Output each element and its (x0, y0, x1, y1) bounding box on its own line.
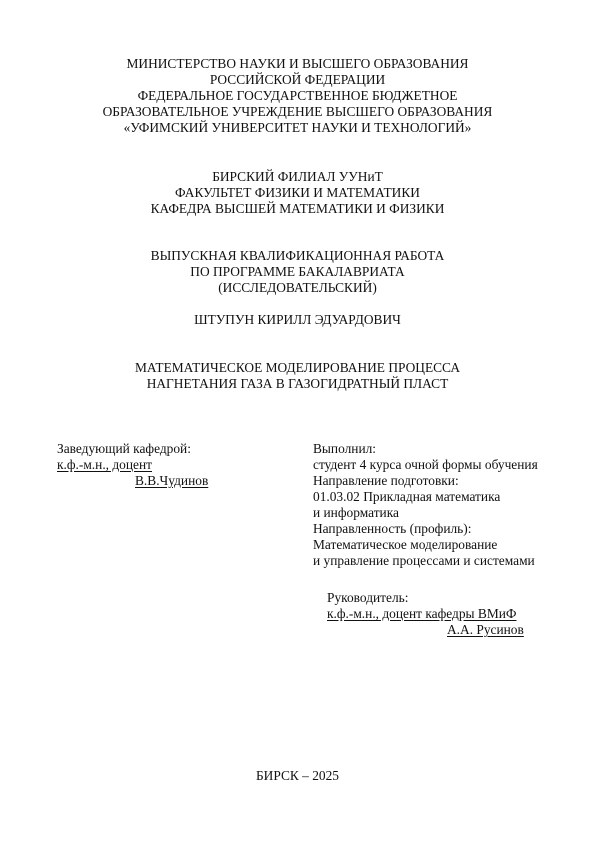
thesis-title-line: МАТЕМАТИЧЕСКОЕ МОДЕЛИРОВАНИЕ ПРОЦЕССА (0, 360, 595, 376)
head-of-department-degree: к.ф.-м.н., доцент (57, 457, 191, 473)
ministry-line: РОССИЙСКОЙ ФЕДЕРАЦИИ (0, 72, 595, 88)
profile-value-cont: и управление процессами и системами (313, 553, 538, 569)
footer-city-year: БИРСК – 2025 (0, 768, 595, 784)
supervisor-block: Руководитель: к.ф.-м.н., доцент кафедры … (327, 590, 516, 622)
author-text: ШТУПУН КИРИЛЛ ЭДУАРДОВИЧ (0, 312, 595, 328)
head-of-department-label: Заведующий кафедрой: (57, 441, 191, 457)
head-of-department-block: Заведующий кафедрой: к.ф.-м.н., доцент В… (57, 441, 191, 473)
work-type-line: ПО ПРОГРАММЕ БАКАЛАВРИАТА (0, 264, 595, 280)
footer-text: БИРСК – 2025 (0, 768, 595, 784)
thesis-title-line: НАГНЕТАНИЯ ГАЗА В ГАЗОГИДРАТНЫЙ ПЛАСТ (0, 376, 595, 392)
author-name: ШТУПУН КИРИЛЛ ЭДУАРДОВИЧ (0, 312, 595, 328)
performer-status: студент 4 курса очной формы обучения (313, 457, 538, 473)
performer-block: Выполнил: студент 4 курса очной формы об… (313, 441, 538, 569)
work-type: ВЫПУСКНАЯ КВАЛИФИКАЦИОННАЯ РАБОТА ПО ПРО… (0, 248, 595, 296)
supervisor-degree: к.ф.-м.н., доцент кафедры ВМиФ (327, 606, 516, 622)
ministry-line: ФЕДЕРАЛЬНОЕ ГОСУДАРСТВЕННОЕ БЮДЖЕТНОЕ (0, 88, 595, 104)
profile-value: Математическое моделирование (313, 537, 538, 553)
ministry-line: МИНИСТЕРСТВО НАУКИ И ВЫСШЕГО ОБРАЗОВАНИЯ (0, 56, 595, 72)
work-type-line: ВЫПУСКНАЯ КВАЛИФИКАЦИОННАЯ РАБОТА (0, 248, 595, 264)
branch-name: БИРСКИЙ ФИЛИАЛ УУНиТ (0, 169, 595, 185)
direction-label: Направление подготовки: (313, 473, 538, 489)
thesis-title: МАТЕМАТИЧЕСКОЕ МОДЕЛИРОВАНИЕ ПРОЦЕССА НА… (0, 360, 595, 392)
university-name: «УФИМСКИЙ УНИВЕРСИТЕТ НАУКИ И ТЕХНОЛОГИЙ… (0, 120, 595, 136)
direction-value-cont: и информатика (313, 505, 538, 521)
direction-value: 01.03.02 Прикладная математика (313, 489, 538, 505)
performer-label: Выполнил: (313, 441, 538, 457)
profile-label: Направленность (профиль): (313, 521, 538, 537)
ministry-header: МИНИСТЕРСТВО НАУКИ И ВЫСШЕГО ОБРАЗОВАНИЯ… (0, 56, 595, 136)
head-of-department-name: В.В.Чудинов (135, 473, 208, 489)
work-type-line: (ИССЛЕДОВАТЕЛЬСКИЙ) (0, 280, 595, 296)
supervisor-name: А.А. Русинов (447, 622, 524, 638)
supervisor-label: Руководитель: (327, 590, 516, 606)
branch-header: БИРСКИЙ ФИЛИАЛ УУНиТ ФАКУЛЬТЕТ ФИЗИКИ И … (0, 169, 595, 217)
faculty-name: ФАКУЛЬТЕТ ФИЗИКИ И МАТЕМАТИКИ (0, 185, 595, 201)
department-name: КАФЕДРА ВЫСШЕЙ МАТЕМАТИКИ И ФИЗИКИ (0, 201, 595, 217)
ministry-line: ОБРАЗОВАТЕЛЬНОЕ УЧРЕЖДЕНИЕ ВЫСШЕГО ОБРАЗ… (0, 104, 595, 120)
